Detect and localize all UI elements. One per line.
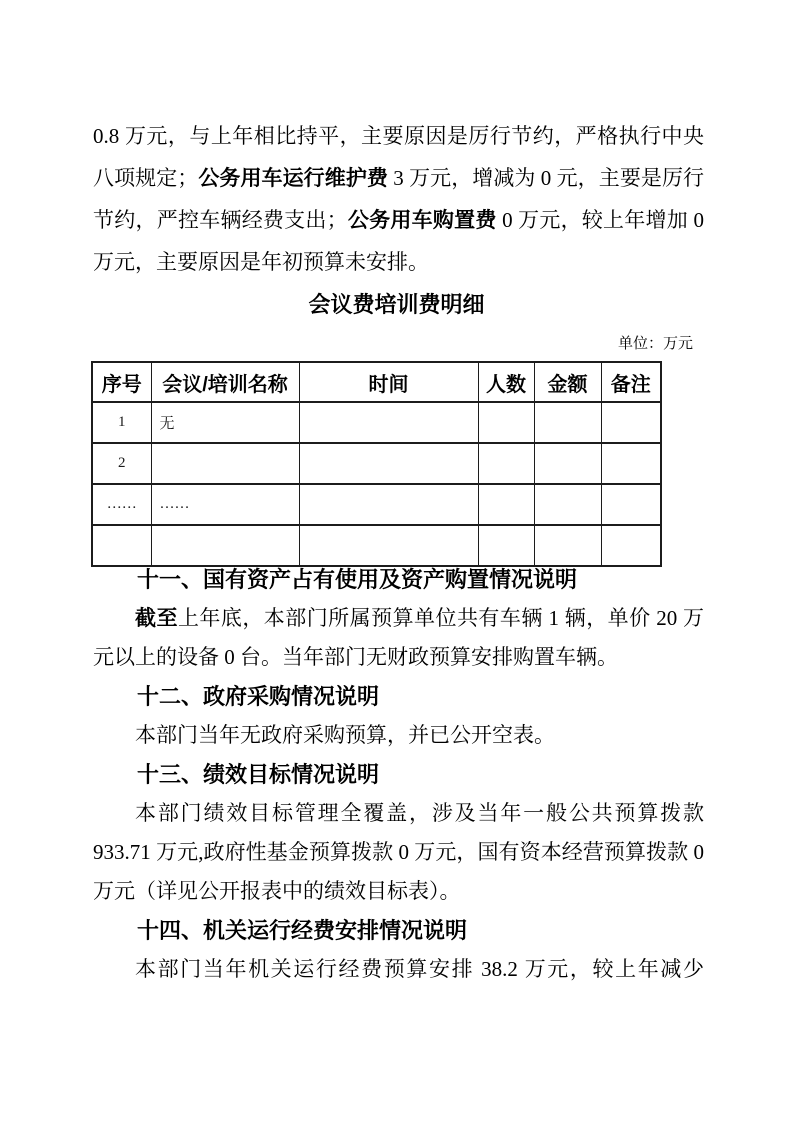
section-13-body: 本部门绩效目标管理全覆盖，涉及当年一般公共预算拨款 933.71 万元,政府性基… bbox=[93, 794, 704, 911]
table-title: 会议费培训费明细 bbox=[0, 291, 793, 319]
table-row: …… …… bbox=[92, 484, 661, 525]
table-cell-index: …… bbox=[92, 484, 151, 525]
section-13-heading: 十三、绩效目标情况说明 bbox=[93, 755, 704, 794]
table-cell-amount bbox=[534, 443, 601, 484]
section-11-text: 上年底，本部门所属预算单位共有车辆 1 辆，单价 20 万元以上的设备 0 台。… bbox=[93, 606, 704, 669]
table-row: 1 无 bbox=[92, 402, 661, 443]
unit-label: 单位：万元 bbox=[93, 334, 693, 354]
section-14-body: 本部门当年机关运行经费预算安排 38.2 万元，较上年减少 bbox=[93, 950, 704, 989]
table-cell-remark bbox=[601, 484, 661, 525]
document-page: 0.8 万元，与上年相比持平，主要原因是厉行节约，严格执行中央八项规定；公务用车… bbox=[0, 0, 793, 1122]
table-header-remark: 备注 bbox=[601, 362, 661, 402]
table-cell-people bbox=[478, 402, 534, 443]
table-cell-name: 无 bbox=[151, 402, 299, 443]
table-cell-index: 2 bbox=[92, 443, 151, 484]
section-11-heading: 十一、国有资产占有使用及资产购置情况说明 bbox=[93, 560, 704, 599]
section-12-heading: 十二、政府采购情况说明 bbox=[93, 677, 704, 716]
table-cell-time bbox=[299, 443, 478, 484]
table-header-time: 时间 bbox=[299, 362, 478, 402]
section-14-heading: 十四、机关运行经费安排情况说明 bbox=[93, 911, 704, 950]
table-cell-name bbox=[151, 443, 299, 484]
table-header-name: 会议/培训名称 bbox=[151, 362, 299, 402]
table-cell-amount bbox=[534, 484, 601, 525]
table-cell-remark bbox=[601, 402, 661, 443]
table-row: 2 bbox=[92, 443, 661, 484]
intro-paragraph: 0.8 万元，与上年相比持平，主要原因是厉行节约，严格执行中央八项规定；公务用车… bbox=[93, 115, 704, 283]
section-11-bold-prefix: 截至 bbox=[135, 606, 178, 630]
table-header-index: 序号 bbox=[92, 362, 151, 402]
intro-bold-vehicle-purchase-fee: 公务用车购置费 bbox=[348, 208, 497, 232]
section-12-body: 本部门当年无政府采购预算，并已公开空表。 bbox=[93, 716, 704, 755]
table-header-amount: 金额 bbox=[534, 362, 601, 402]
section-11-body: 截至上年底，本部门所属预算单位共有车辆 1 辆，单价 20 万元以上的设备 0 … bbox=[93, 599, 704, 677]
table-cell-amount bbox=[534, 402, 601, 443]
intro-bold-vehicle-maintenance-fee: 公务用车运行维护费 bbox=[198, 166, 388, 190]
table-cell-name: …… bbox=[151, 484, 299, 525]
table-header-row: 序号 会议/培训名称 时间 人数 金额 备注 bbox=[92, 362, 661, 402]
table-cell-index: 1 bbox=[92, 402, 151, 443]
table-cell-time bbox=[299, 484, 478, 525]
table-cell-people bbox=[478, 443, 534, 484]
meeting-training-table: 序号 会议/培训名称 时间 人数 金额 备注 1 无 2 bbox=[91, 361, 662, 567]
table-cell-time bbox=[299, 402, 478, 443]
sections-block: 十一、国有资产占有使用及资产购置情况说明 截至上年底，本部门所属预算单位共有车辆… bbox=[93, 560, 704, 989]
table-header-people: 人数 bbox=[478, 362, 534, 402]
table-cell-remark bbox=[601, 443, 661, 484]
table-cell-people bbox=[478, 484, 534, 525]
